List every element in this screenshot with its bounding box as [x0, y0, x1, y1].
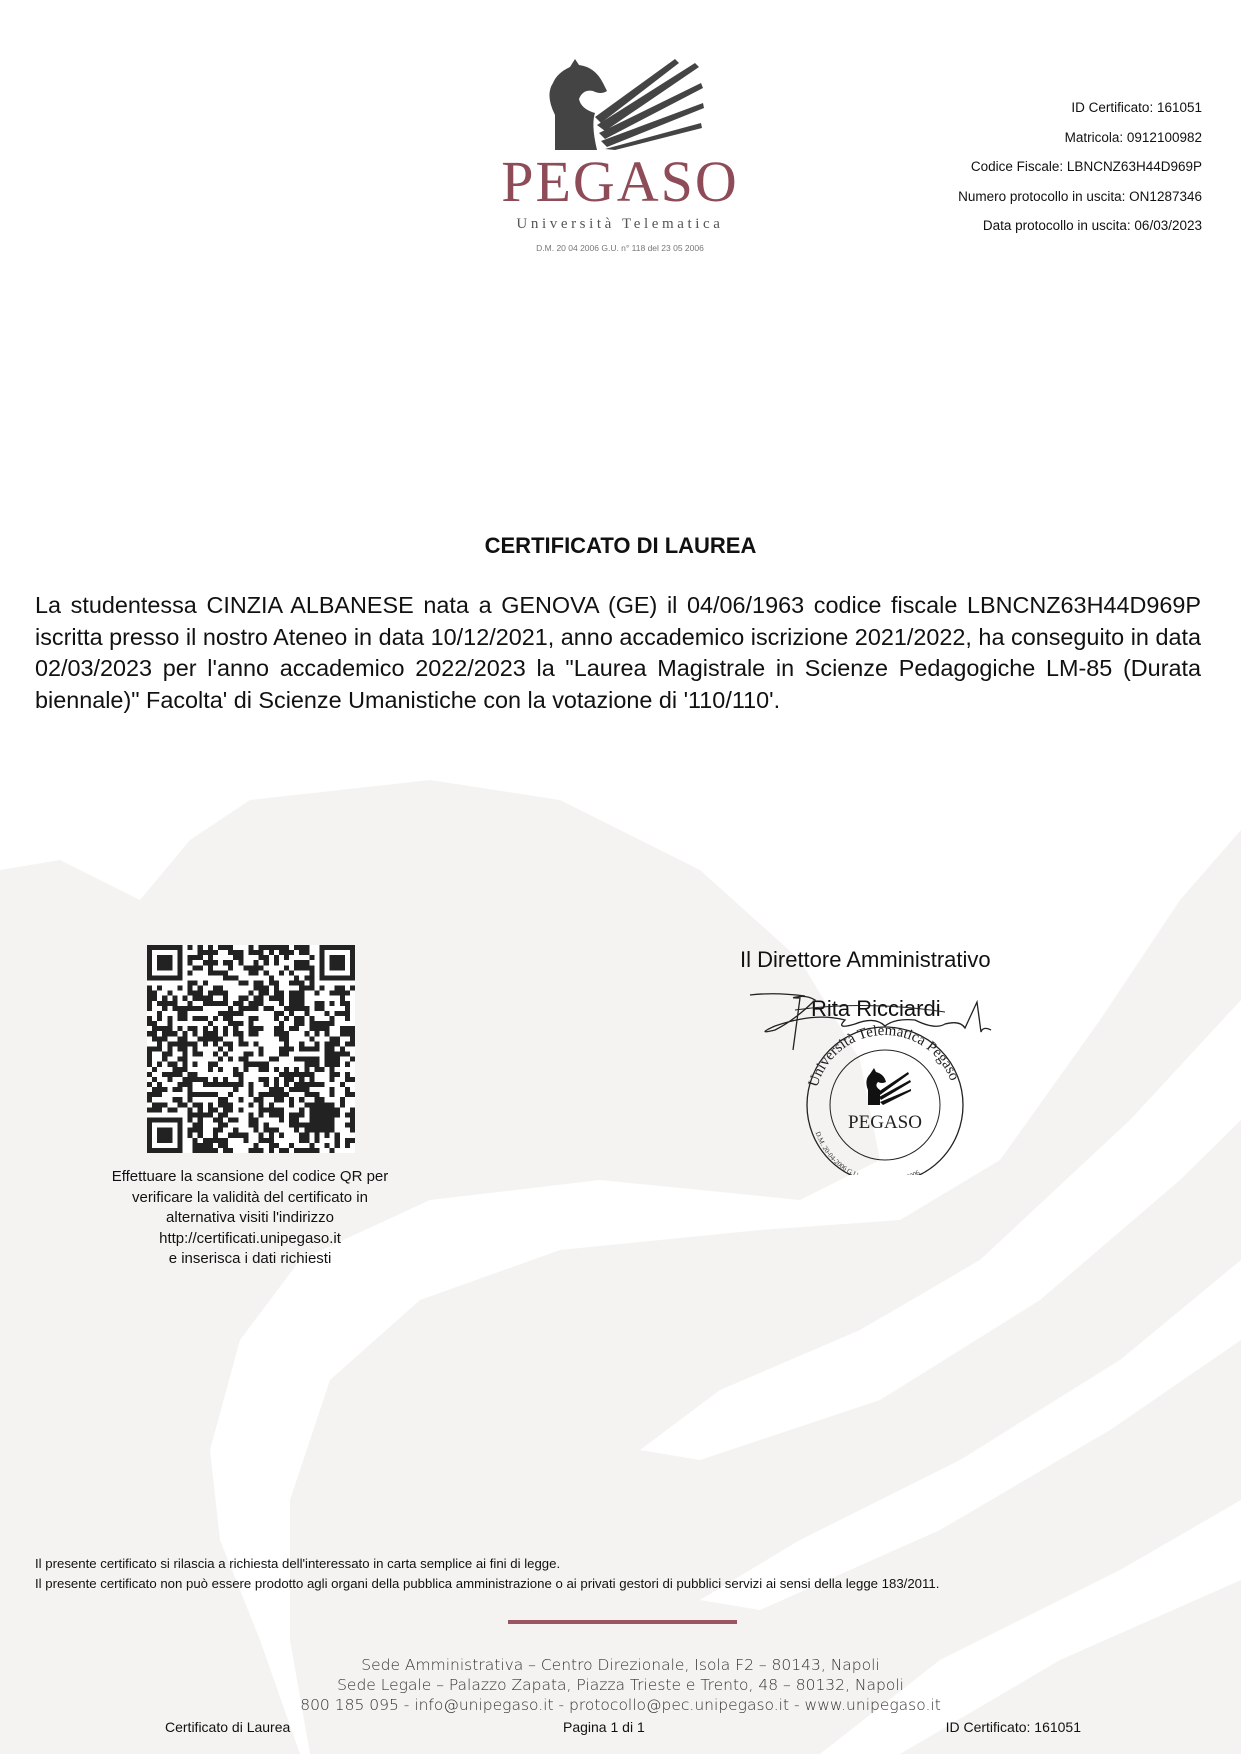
- qr-code-icon[interactable]: [147, 945, 355, 1153]
- svg-text:PEGASO: PEGASO: [848, 1112, 922, 1133]
- certificate-body: La studentessa CINZIA ALBANESE nata a GE…: [35, 590, 1201, 716]
- brand-decree: D.M. 20 04 2006 G.U. n° 118 del 23 05 20…: [490, 243, 750, 253]
- university-logo: PEGASO Università Telematica D.M. 20 04 …: [490, 55, 750, 275]
- contacts-line[interactable]: 800 185 095 - info@unipegaso.it - protoc…: [0, 1695, 1241, 1715]
- svg-text:D.M. 20-04-2006 G.U. n. 118 de: D.M. 20-04-2006 G.U. n. 118 del 23-05-20…: [814, 1130, 922, 1175]
- address-line: Sede Amministrativa – Centro Direzionale…: [0, 1655, 1241, 1675]
- signer-role: Il Direttore Amministrativo: [740, 947, 991, 973]
- meta-codice-fiscale: Codice Fiscale: LBNCNZ63H44D969P: [958, 152, 1202, 182]
- handwritten-signature-icon: [745, 990, 1025, 1060]
- page-footer: Certificato di Laurea Pagina 1 di 1 ID C…: [0, 1719, 1241, 1739]
- brand-name: PEGASO: [490, 154, 750, 210]
- qr-caption-line: verificare la validità del certificato i…: [80, 1188, 420, 1209]
- meta-matricola: Matricola: 0912100982: [958, 123, 1202, 153]
- certificate-meta: ID Certificato: 161051 Matricola: 091210…: [958, 93, 1202, 241]
- footer-certificate-id: ID Certificato: 161051: [946, 1719, 1081, 1735]
- certificate-title: CERTIFICATO DI LAUREA: [0, 533, 1241, 559]
- qr-caption-line: e inserisca i dati richiesti: [80, 1249, 420, 1270]
- qr-caption-line: Effettuare la scansione del codice QR pe…: [80, 1167, 420, 1188]
- legal-line: Il presente certificato si rilascia a ri…: [35, 1554, 939, 1574]
- meta-numero-protocollo: Numero protocollo in uscita: ON1287346: [958, 182, 1202, 212]
- qr-caption-url[interactable]: http://certificati.unipegaso.it: [80, 1229, 420, 1250]
- footer-address: Sede Amministrativa – Centro Direzionale…: [0, 1655, 1241, 1715]
- meta-id-certificato: ID Certificato: 161051: [958, 93, 1202, 123]
- footer-divider: [508, 1620, 737, 1624]
- meta-data-protocollo: Data protocollo in uscita: 06/03/2023: [958, 211, 1202, 241]
- legal-line: Il presente certificato non può essere p…: [35, 1574, 939, 1594]
- qr-caption-line: alternativa visiti l'indirizzo: [80, 1208, 420, 1229]
- pegasus-horse-icon: [535, 55, 705, 150]
- footer-page-number: Pagina 1 di 1: [563, 1719, 645, 1735]
- footer-doc-name: Certificato di Laurea: [165, 1719, 290, 1735]
- brand-subtitle: Università Telematica: [490, 216, 750, 233]
- qr-caption: Effettuare la scansione del codice QR pe…: [80, 1167, 420, 1270]
- address-line: Sede Legale – Palazzo Zapata, Piazza Tri…: [0, 1675, 1241, 1695]
- legal-notes: Il presente certificato si rilascia a ri…: [35, 1554, 939, 1593]
